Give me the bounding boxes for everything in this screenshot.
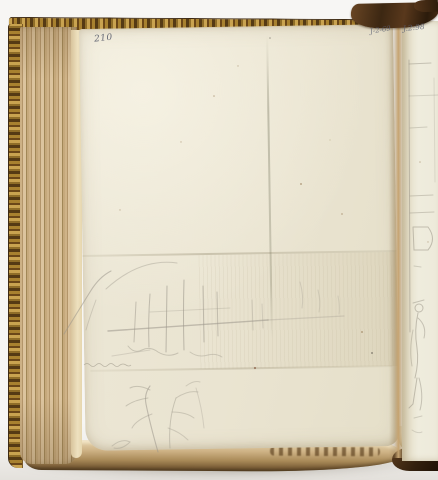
paper-toning	[202, 252, 398, 369]
left-page-edges-stack	[20, 27, 77, 464]
photograph-of-open-sketchbook: 210 J-2-69 J.2:98	[0, 0, 438, 480]
sketchbook-page: 210	[79, 24, 400, 451]
facing-page-sliver	[402, 21, 438, 461]
page-number: 210	[94, 34, 114, 45]
worn-edge-debris	[270, 447, 380, 457]
ink-inscription-right: J.2:98	[403, 23, 425, 33]
spine-head-leather-chip	[414, 0, 438, 12]
